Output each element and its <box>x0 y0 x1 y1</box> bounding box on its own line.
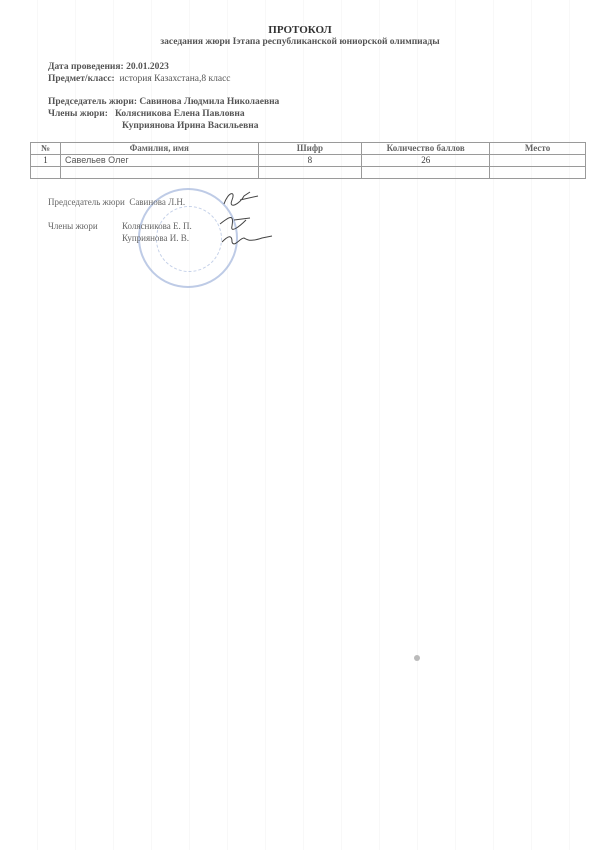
document-title: ПРОТОКОЛ <box>0 24 600 36</box>
date-line: Дата проведения: 20.01.2023 <box>48 62 169 72</box>
cell-name: Савельев Олег <box>60 155 258 167</box>
subject-line: Предмет/класс: история Казахстана,8 клас… <box>48 74 231 84</box>
col-code: Шифр <box>258 143 362 155</box>
col-name: Фамилия, имя <box>60 143 258 155</box>
scan-texture <box>0 0 600 850</box>
cell-score <box>362 167 490 179</box>
cell-code: 8 <box>258 155 362 167</box>
date-value: 20.01.2023 <box>126 62 169 72</box>
cell-score: 26 <box>362 155 490 167</box>
sig-chair-name: Савинова Л.Н. <box>129 197 185 207</box>
chair-value: Савинова Людмила Николаевна <box>139 97 279 107</box>
cell-code <box>258 167 362 179</box>
cell-place <box>490 167 586 179</box>
table-row <box>31 167 586 179</box>
sig-chair-label: Председатель жюри <box>48 197 125 207</box>
date-label: Дата проведения: <box>48 62 124 72</box>
scan-speck <box>414 655 420 661</box>
document-subtitle: заседания жюри Iэтапа республиканской юн… <box>0 37 600 47</box>
signature-chair-line: Председатель жюри Савинова Л.Н. <box>48 197 185 207</box>
table-row: 1 Савельев Олег 8 26 <box>31 155 586 167</box>
cell-number <box>31 167 61 179</box>
member-2: Куприянова Ирина Васильевна <box>122 121 258 131</box>
cell-place <box>490 155 586 167</box>
cell-number: 1 <box>31 155 61 167</box>
subject-value: история Казахстана,8 класс <box>119 74 230 84</box>
results-table: № Фамилия, имя Шифр Количество баллов Ме… <box>30 142 586 179</box>
sig-member-2: Куприянова И. В. <box>122 233 189 243</box>
sig-member-1: Колясникова Е. П. <box>122 221 192 231</box>
member-1: Коляcникова Елена Павловна <box>115 109 245 119</box>
col-place: Место <box>490 143 586 155</box>
subject-label: Предмет/класс: <box>48 74 115 84</box>
handwritten-signatures <box>210 186 280 256</box>
col-score: Количество баллов <box>362 143 490 155</box>
members-label: Члены жюри: <box>48 109 108 119</box>
chair-label: Председатель жюри: <box>48 97 137 107</box>
sig-members-label: Члены жюри <box>48 221 98 231</box>
cell-name <box>60 167 258 179</box>
col-number: № <box>31 143 61 155</box>
members-line: Члены жюри: Коляcникова Елена Павловна <box>48 109 245 119</box>
chair-line: Председатель жюри: Савинова Людмила Нико… <box>48 97 279 107</box>
table-header-row: № Фамилия, имя Шифр Количество баллов Ме… <box>31 143 586 155</box>
